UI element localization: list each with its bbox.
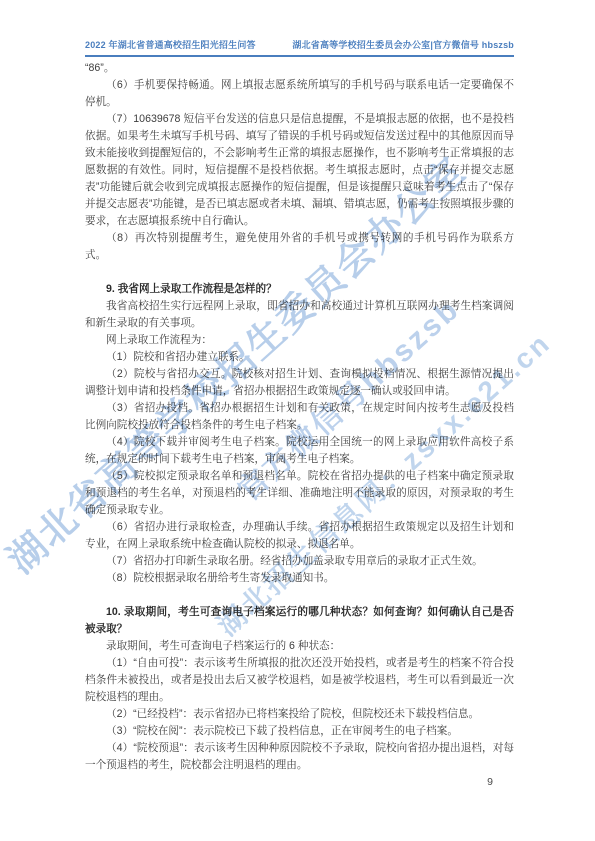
header-publisher: 湖北省高等学校招生委员会办公室|官方微信号 hbszsb bbox=[292, 38, 514, 51]
paragraph: （2）院校与省招办交互。院校核对招生计划、查询模拟投档情况、根据生源情况提出调整… bbox=[85, 366, 514, 400]
header-title: 2022 年湖北省普通高校招生阳光招生问答 bbox=[85, 38, 256, 51]
paragraph: （6）手机要保持畅通。网上填报志愿系统所填写的手机号码与联系电话一定要确保不停机… bbox=[85, 77, 514, 111]
paragraph: （3）“院校在阅”：表示院校已下载了投档信息，正在审阅考生的电子档案。 bbox=[85, 723, 514, 740]
paragraph: （5）院校拟定预录取名单和预退档名单。院校在省招办提供的电子档案中确定预录取和预… bbox=[85, 468, 514, 519]
page-header: 2022 年湖北省普通高校招生阳光招生问答 湖北省高等学校招生委员会办公室|官方… bbox=[85, 38, 514, 57]
paragraph: （1）院校和省招办建立联系。 bbox=[85, 349, 514, 366]
paragraph: （8）院校根据录取名册给考生寄发录取通知书。 bbox=[85, 570, 514, 587]
paragraph: 我省高校招生实行远程网上录取，即省招办和高校通过计算机互联网办理考生档案调阅和新… bbox=[85, 298, 514, 332]
paragraph: 录取期间，考生可查询电子档案运行的 6 种状态： bbox=[85, 638, 514, 655]
paragraph: （8）再次特别提醒考生，避免使用外省的手机号或携号转网的手机号码作为联系方式。 bbox=[85, 230, 514, 264]
paragraph: （4）院校下载并审阅考生电子档案。院校运用全国统一的网上录取应用软件高校子系统，… bbox=[85, 434, 514, 468]
paragraph: （6）省招办进行录取检查，办理确认手续。省招办根据招生政策规定以及招生计划和专业… bbox=[85, 519, 514, 553]
paragraph: （1）“自由可投”：表示该考生所填报的批次还没开始投档，或者是考生的档案不符合投… bbox=[85, 655, 514, 706]
paragraph: （7）10639678 短信平台发送的信息只是信息提醒，不是填报志愿的依据，也不… bbox=[85, 111, 514, 230]
paragraph: （7）省招办打印新生录取名册。经省招办加盖录取专用章后的录取才正式生效。 bbox=[85, 553, 514, 570]
page-number: 9 bbox=[470, 776, 510, 788]
paragraph: （2）“已经投档”：表示省招办已将档案投给了院校，但院校还未下载投档信息。 bbox=[85, 706, 514, 723]
section-heading: 9. 我省网上录取工作流程是怎样的？ bbox=[85, 281, 514, 298]
document-body: “86”。（6）手机要保持畅通。网上填报志愿系统所填写的手机号码与联系电话一定要… bbox=[85, 60, 514, 774]
section-heading: 10. 录取期间，考生可查询电子档案运行的哪几种状态？如何查询？如何确认自己是否… bbox=[85, 604, 514, 638]
paragraph: “86”。 bbox=[85, 60, 514, 77]
paragraph: （4）“院校预退”：表示该考生因种种原因院校不予录取，院校向省招办提出退档，对每… bbox=[85, 740, 514, 774]
document-page: 湖北省高等学校招生委员会办公室 官方微信号hbszsb 湖北招生信息网：zsxx… bbox=[0, 0, 595, 841]
paragraph: （3）省招办投档。省招办根据招生计划和有关政策，在规定时间内按考生志愿及投档比例… bbox=[85, 400, 514, 434]
paragraph: 网上录取工作流程为： bbox=[85, 332, 514, 349]
